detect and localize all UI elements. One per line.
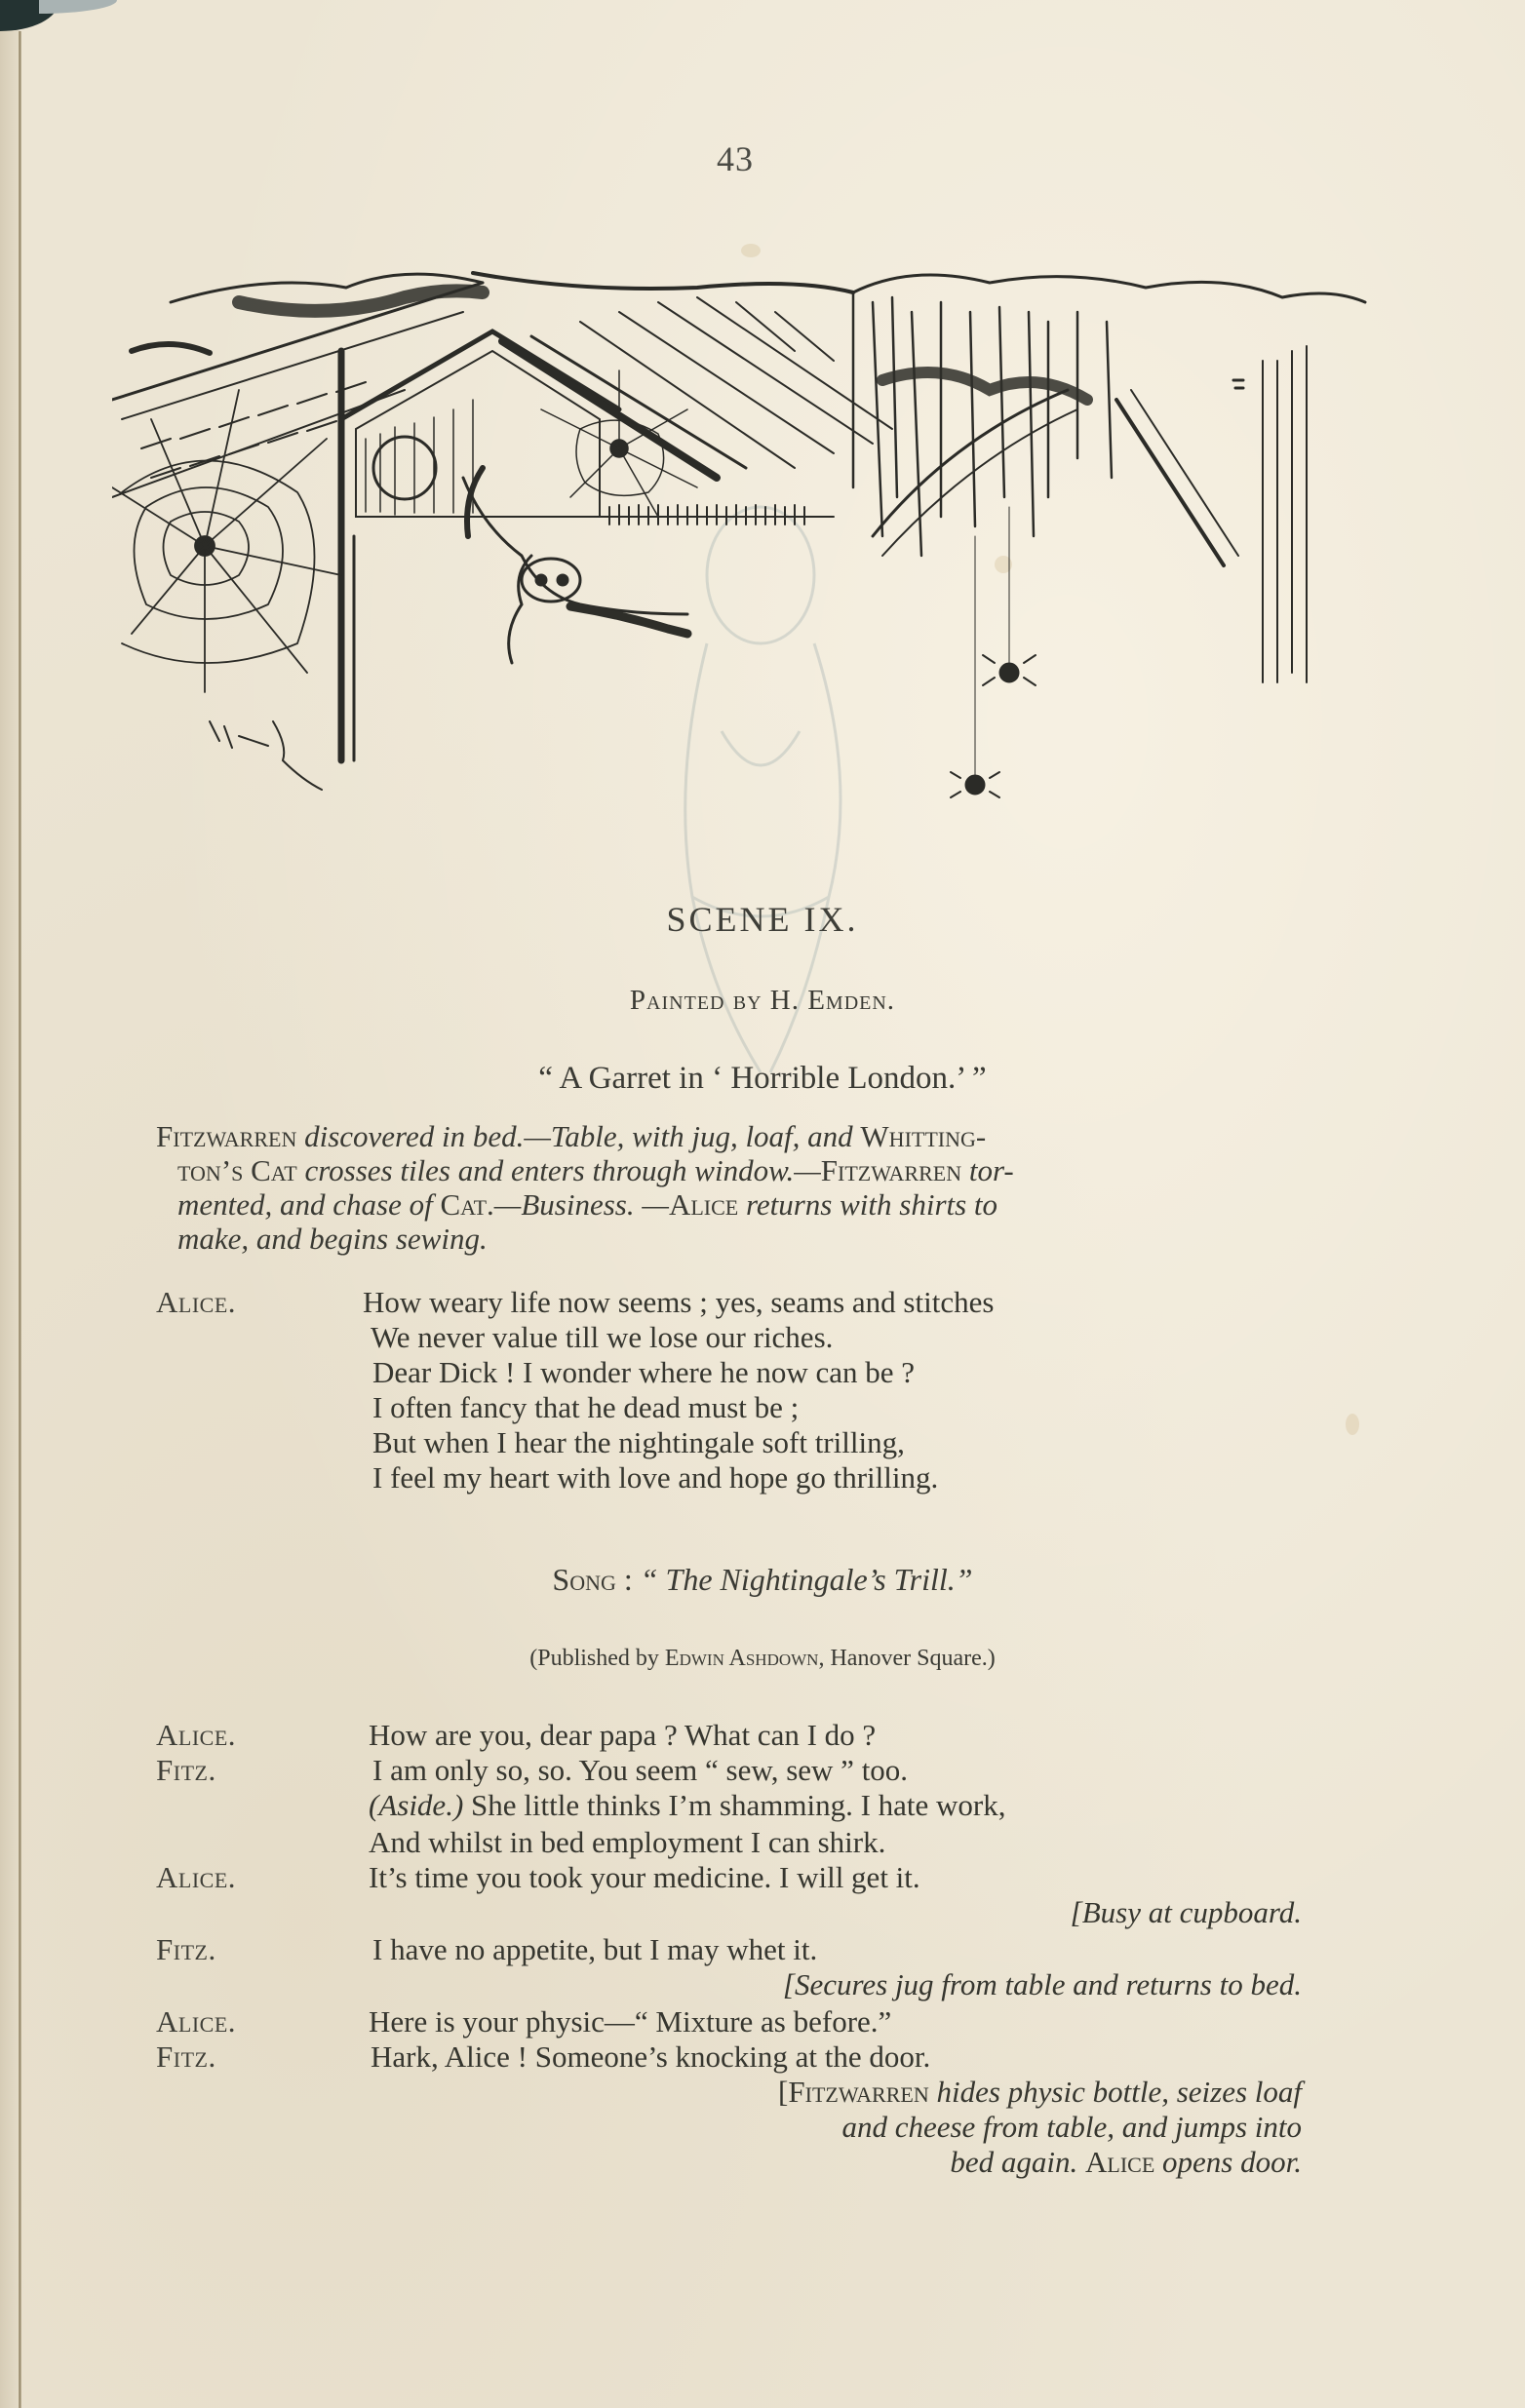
verse-line: I feel my heart with love and hope go th… bbox=[156, 1460, 1326, 1495]
verse-line: Alice. How weary life now seems ; yes, s… bbox=[156, 1285, 1326, 1320]
opening-stage-direction: Fitzwarren discovered in bed.—Table, wit… bbox=[156, 1119, 1307, 1256]
direction-text: opens door. bbox=[1154, 2145, 1302, 2179]
verse-text: But when I hear the nightingale soft tri… bbox=[372, 1425, 905, 1460]
dialogue-line: (Aside.) She little thinks I’m shamming.… bbox=[156, 1788, 1326, 1825]
song-title: Song : “ The Nightingale’s Trill.” bbox=[0, 1562, 1525, 1598]
stage-direction-line: make, and begins sewing. bbox=[156, 1222, 1307, 1256]
character-name: Whitting- bbox=[860, 1119, 986, 1153]
paper-stain bbox=[1346, 1414, 1359, 1435]
direction-text: make, and begins sewing. bbox=[177, 1222, 488, 1256]
publisher-suffix: , Hanover Square.) bbox=[818, 1646, 995, 1671]
dialogue-text: It’s time you took your medicine. I will… bbox=[369, 1860, 920, 1895]
speaker-name: Alice. bbox=[156, 2004, 236, 2039]
verse-text: I often fancy that he dead must be ; bbox=[372, 1390, 799, 1425]
stage-direction: bed again. Alice opens door. bbox=[950, 2145, 1302, 2180]
dialogue-line: Alice. It’s time you took your medicine.… bbox=[156, 1860, 1326, 1895]
verse-line: We never value till we lose our riches. bbox=[156, 1320, 1326, 1355]
direction-text: bed again. bbox=[950, 2145, 1085, 2179]
dialogue-text: I am only so, so. You seem “ sew, sew ” … bbox=[372, 1753, 908, 1788]
direction-text: hides physic bottle, seizes loaf bbox=[929, 2075, 1302, 2109]
dialogue-text: And whilst in bed employment I can shirk… bbox=[369, 1825, 885, 1860]
scene-setting: “ A Garret in ‘ Horrible London.’ ” bbox=[0, 1061, 1525, 1097]
stage-direction-line: ton’s Cat crosses tiles and enters throu… bbox=[156, 1153, 1307, 1187]
character-name: Alice bbox=[1085, 2145, 1154, 2179]
page-number: 43 bbox=[717, 138, 754, 179]
speaker-name: Alice. bbox=[156, 1718, 236, 1753]
verse-text: We never value till we lose our riches. bbox=[371, 1320, 833, 1355]
stage-direction: and cheese from table, and jumps into bbox=[841, 2110, 1302, 2145]
direction-text: returns with shirts to bbox=[738, 1187, 997, 1222]
stage-direction: [Secures jug from table and returns to b… bbox=[783, 1967, 1302, 2002]
scene-title: SCENE IX. bbox=[0, 899, 1525, 940]
dialogue-text: I have no appetite, but I may whet it. bbox=[372, 1932, 817, 1967]
dialogue-line: [Busy at cupboard. bbox=[156, 1895, 1326, 1932]
closing-direction-line: [Fitzwarren hides physic bottle, seizes … bbox=[156, 2075, 1326, 2110]
bracket: [ bbox=[778, 2075, 788, 2109]
dialogue-line: Fitz. I have no appetite, but I may whet… bbox=[156, 1932, 1326, 1967]
closing-direction-line: bed again. Alice opens door. bbox=[156, 2145, 1326, 2180]
publisher-prefix: (Published by bbox=[529, 1646, 665, 1671]
dialogue-line: And whilst in bed employment I can shirk… bbox=[156, 1825, 1326, 1860]
dialogue-line: Alice. Here is your physic—“ Mixture as … bbox=[156, 2004, 1326, 2039]
speaker-name: Fitz. bbox=[156, 1932, 216, 1967]
dialogue-text: (Aside.) She little thinks I’m shamming.… bbox=[369, 1788, 1005, 1823]
verse-text: I feel my heart with love and hope go th… bbox=[372, 1460, 938, 1495]
character-name: ton’s Cat bbox=[177, 1153, 297, 1187]
stage-direction: [Fitzwarren hides physic bottle, seizes … bbox=[778, 2075, 1302, 2110]
dialogue-line: Alice. How are you, dear papa ? What can… bbox=[156, 1718, 1326, 1753]
speaker-name: Fitz. bbox=[156, 2039, 216, 2075]
verse-line: Dear Dick ! I wonder where he now can be… bbox=[156, 1355, 1326, 1390]
character-name: Fitzwarren bbox=[156, 1119, 296, 1153]
speaker-name: Alice. bbox=[156, 1285, 236, 1320]
publisher-name: Edwin Ashdown bbox=[665, 1646, 819, 1671]
song-label: Song : bbox=[552, 1562, 640, 1597]
verse-text: Dear Dick ! I wonder where he now can be… bbox=[372, 1355, 915, 1390]
stage-direction-line: mented, and chase of Cat.—Business. —Ali… bbox=[156, 1187, 1307, 1222]
aside-text: She little thinks I’m shamming. I hate w… bbox=[463, 1788, 1005, 1822]
dialogue-text: Hark, Alice ! Someone’s knocking at the … bbox=[371, 2039, 930, 2075]
dialogue-text: Here is your physic—“ Mixture as before.… bbox=[369, 2004, 891, 2039]
speaker-name: Fitz. bbox=[156, 1753, 216, 1788]
dialogue-line: Fitz. Hark, Alice ! Someone’s knocking a… bbox=[156, 2039, 1326, 2075]
book-cover-edge bbox=[39, 0, 117, 14]
direction-text: discovered in bed.—Table, with jug, loaf… bbox=[296, 1119, 860, 1153]
publisher-note: (Published by Edwin Ashdown, Hanover Squ… bbox=[0, 1646, 1525, 1672]
dialogue-line: [Secures jug from table and returns to b… bbox=[156, 1967, 1326, 2004]
book-page: 43 bbox=[0, 0, 1525, 2408]
verse-line: I often fancy that he dead must be ; bbox=[156, 1390, 1326, 1425]
page-gutter-edge bbox=[19, 31, 21, 2408]
direction-text: mented, and chase of bbox=[177, 1187, 440, 1222]
dialogue-line: Fitz. I am only so, so. You seem “ sew, … bbox=[156, 1753, 1326, 1788]
direction-text: tor- bbox=[961, 1153, 1014, 1187]
dialogue-block: Alice. How are you, dear papa ? What can… bbox=[156, 1718, 1326, 2180]
song-name: “ The Nightingale’s Trill.” bbox=[641, 1562, 973, 1597]
character-name: Alice bbox=[669, 1187, 738, 1222]
dialogue-text: How are you, dear papa ? What can I do ? bbox=[369, 1718, 876, 1753]
painter-credit: Painted by H. Emden. bbox=[0, 985, 1525, 1017]
closing-direction-line: and cheese from table, and jumps into bbox=[156, 2110, 1326, 2145]
aside-marker: (Aside.) bbox=[369, 1788, 463, 1822]
stage-direction: [Busy at cupboard. bbox=[1071, 1895, 1302, 1930]
verse-line: But when I hear the nightingale soft tri… bbox=[156, 1425, 1326, 1460]
verse-text: How weary life now seems ; yes, seams an… bbox=[363, 1285, 994, 1320]
character-name: Cat. bbox=[440, 1187, 493, 1222]
character-name: Fitzwarren bbox=[788, 2075, 928, 2109]
alice-verse: Alice. How weary life now seems ; yes, s… bbox=[156, 1285, 1326, 1495]
gutter-shadow bbox=[0, 0, 19, 2408]
character-name: Fitzwarren bbox=[821, 1153, 961, 1187]
stage-direction-line: Fitzwarren discovered in bed.—Table, wit… bbox=[156, 1119, 1307, 1153]
speaker-name: Alice. bbox=[156, 1860, 236, 1895]
direction-text: crosses tiles and enters through window.… bbox=[297, 1153, 821, 1187]
direction-text: —Business. — bbox=[494, 1187, 669, 1222]
garret-illustration bbox=[112, 244, 1370, 809]
